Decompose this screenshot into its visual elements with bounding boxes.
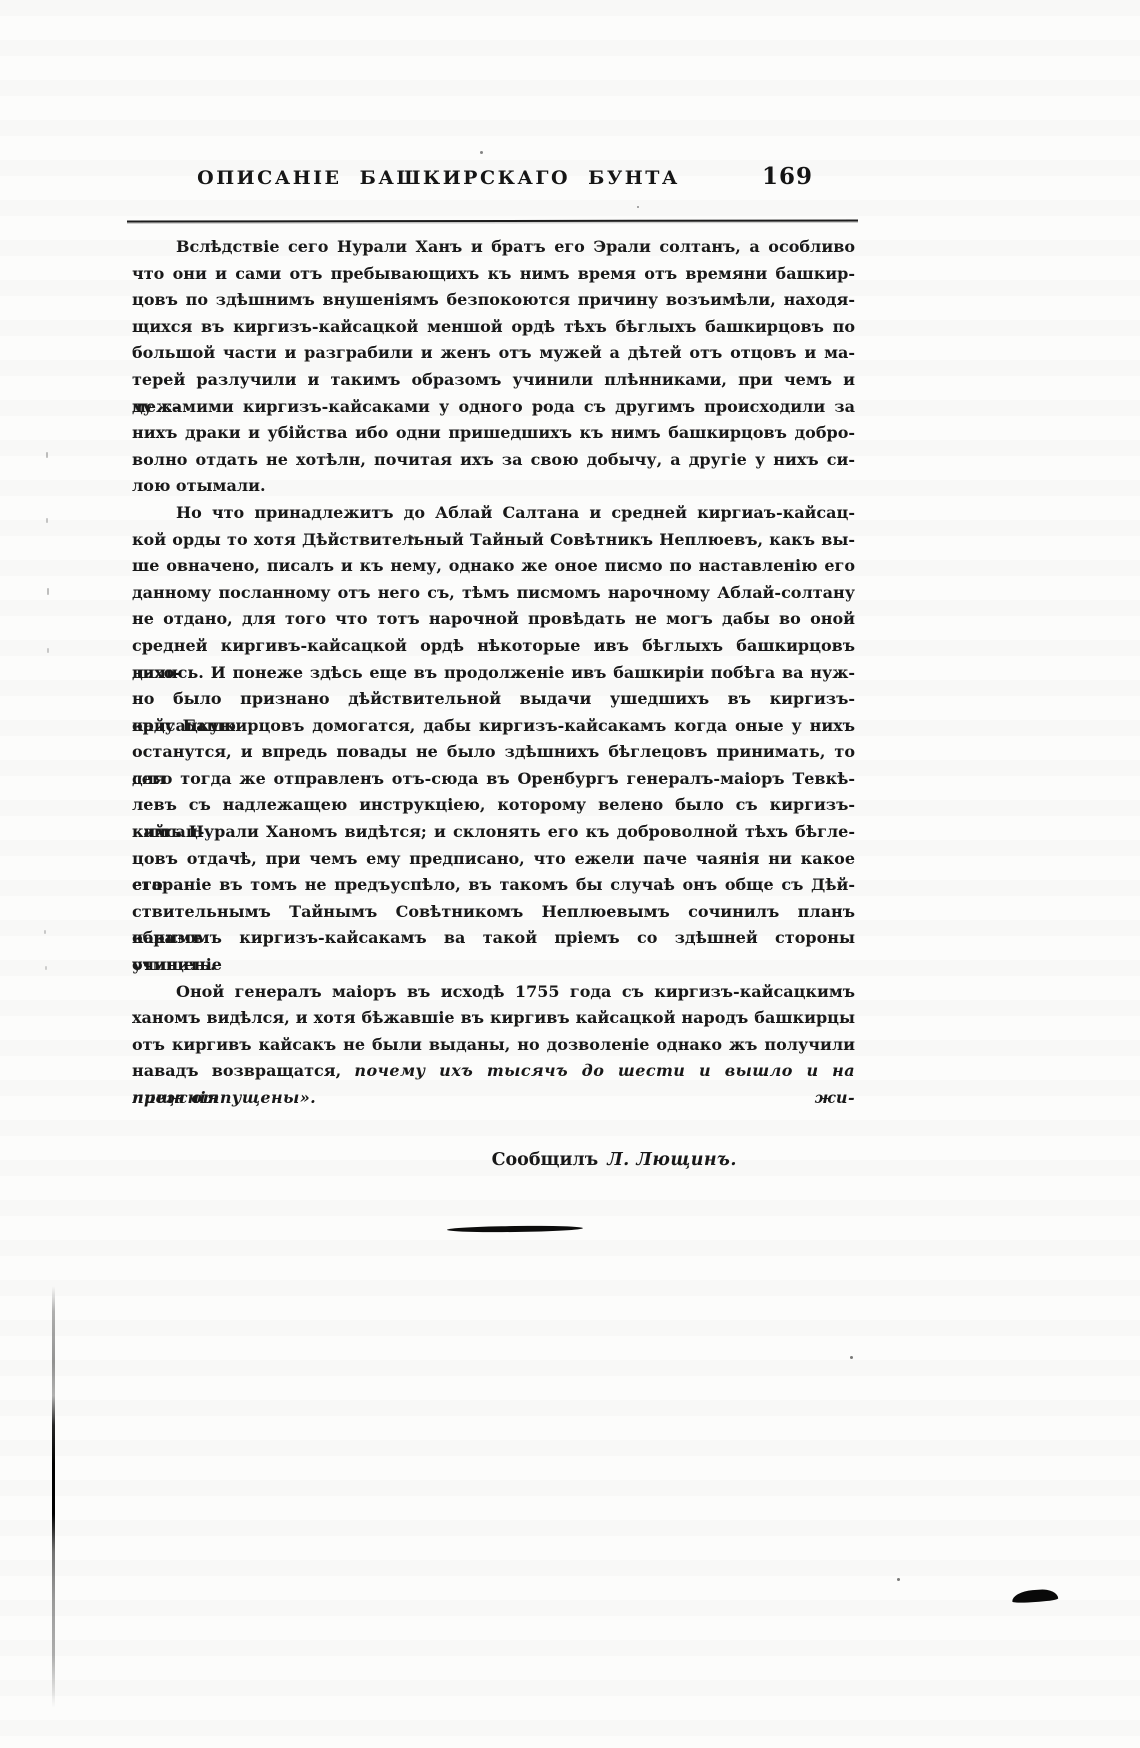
text-line: образомъ киргизъ-кайсакамъ ва такой пріе… — [132, 925, 855, 952]
end-of-article-rule — [447, 1225, 583, 1233]
text-segment: ше овначено, писалъ и къ нему, однако же… — [132, 556, 855, 575]
scan-artifact-margin-mark — [44, 930, 46, 934]
header-rule — [127, 219, 858, 222]
scan-artifact-speck — [897, 1578, 900, 1581]
scan-artifact-ink-blob — [1012, 1588, 1059, 1603]
text-line: Оной генералъ маіоръ въ исходѣ 1755 года… — [132, 979, 855, 1006]
text-segment: ду самими киргизъ-кайсаками у одного род… — [132, 397, 855, 416]
text-line: Вслѣдствіе сего Нурали Ханъ и братъ его … — [132, 234, 855, 261]
text-line: данному посланному отъ него съ, тѣмъ пис… — [132, 580, 855, 607]
text-segment: дились. И понеже здѣсь еще въ продолжені… — [132, 663, 855, 682]
text-segment: большой части и разграбили и женъ отъ му… — [132, 343, 855, 362]
text-line: левъ съ надлежащею инструкціею, которому… — [132, 792, 855, 819]
text-line: орду Башкирцовъ домогатся, дабы киргизъ-… — [132, 713, 855, 740]
text-line: щихся въ киргизъ-кайсацкой меншой ордѣ т… — [132, 314, 855, 341]
text-segment: Но что принадлежитъ до Аблай Салтана и с… — [176, 503, 855, 522]
text-line: не отдано, для того что тотъ нарочной пр… — [132, 606, 855, 633]
body-text: Вслѣдствіе сего Нурали Ханъ и братъ его … — [132, 234, 855, 1112]
text-line: ше овначено, писалъ и къ нему, однако же… — [132, 553, 855, 580]
text-segment: орду Башкирцовъ домогатся, дабы киргизъ-… — [132, 716, 855, 735]
running-title: ОПИСАНІЕ БАШКИРСКАГО БУНТА — [132, 167, 745, 189]
text-line: останутся, и впредь повады не было здѣшн… — [132, 739, 855, 766]
text-line: дились. И понеже здѣсь еще въ продолжені… — [132, 660, 855, 687]
text-line: цовъ по здѣшнимъ внушеніямъ безпокоются … — [132, 287, 855, 314]
text-line: Но что принадлежитъ до Аблай Салтана и с… — [132, 500, 855, 527]
text-segment: что они и сами отъ пребывающихъ къ нимъ … — [132, 264, 855, 283]
text-segment: Оной генералъ маіоръ въ исходѣ 1755 года… — [176, 982, 855, 1001]
text-line: учинить. — [132, 952, 855, 979]
scanned-book-page: ОПИСАНІЕ БАШКИРСКАГО БУНТА 169 Вслѣдстві… — [0, 0, 1140, 1748]
text-segment: лою отымали. — [132, 476, 266, 495]
page-number: 169 — [762, 163, 813, 190]
scan-artifact-margin-mark — [47, 648, 49, 653]
text-line: что они и сами отъ пребывающихъ къ нимъ … — [132, 261, 855, 288]
text-line: сего тогда же отправленъ отъ-сюда въ Оре… — [132, 766, 855, 793]
text-line: ду самими киргизъ-кайсаками у одного род… — [132, 394, 855, 421]
text-segment-italic: лища отпущены». — [132, 1088, 316, 1107]
text-segment: отъ киргивъ кайсакъ не были выданы, но д… — [132, 1035, 855, 1054]
text-segment: сего тогда же отправленъ отъ-сюда въ Оре… — [132, 769, 855, 788]
text-segment: цовъ по здѣшнимъ внушеніямъ безпокоются … — [132, 290, 855, 309]
text-segment: Вслѣдствіе сего Нурали Ханъ и братъ его … — [176, 237, 855, 256]
text-segment: навадъ возвращатся, — [132, 1061, 354, 1080]
text-line: навадъ возвращатся, почему ихъ тысячъ до… — [132, 1058, 855, 1085]
text-line: большой части и разграбили и женъ отъ му… — [132, 340, 855, 367]
text-line: ствительнымъ Тайнымъ Совѣтникомъ Неплюев… — [132, 899, 855, 926]
text-line: но было признано дѣйствительной выдачи у… — [132, 686, 855, 713]
text-line: цовъ отдачѣ, при чемъ ему предписано, чт… — [132, 846, 855, 873]
text-segment: стараніе въ томъ не предъуспѣло, въ тако… — [132, 875, 855, 894]
text-segment: ханомъ видѣлся, и хотя бѣжавшіе въ кирги… — [132, 1008, 855, 1027]
scan-artifact-speck — [480, 151, 483, 154]
text-line: средней киргивъ-кайсацкой ордѣ нѣкоторые… — [132, 633, 855, 660]
text-line: терей разлучили и такимъ образомъ учинил… — [132, 367, 855, 394]
text-segment: данному посланному отъ него съ, тѣмъ пис… — [132, 583, 855, 602]
text-line: кимъ Нурали Ханомъ видѣтся; и склонять е… — [132, 819, 855, 846]
text-segment: волно отдать не хотѣлн, почитая ихъ за с… — [132, 450, 855, 469]
text-line: кой орды то хотя Дѣйствительный Тайный С… — [132, 527, 855, 554]
signature-prefix: Сообщилъ — [492, 1150, 599, 1170]
text-line: волно отдать не хотѣлн, почитая ихъ за с… — [132, 447, 855, 474]
signature-name: Л. Лющинъ. — [607, 1150, 737, 1170]
text-segment: щихся въ киргизъ-кайсацкой меншой ордѣ т… — [132, 317, 855, 336]
scan-artifact-speck — [850, 1356, 853, 1359]
text-line: ханомъ видѣлся, и хотя бѣжавшіе въ кирги… — [132, 1005, 855, 1032]
text-segment: нихъ драки и убійства ибо одни пришедших… — [132, 423, 855, 442]
scan-artifact-margin-mark — [46, 452, 48, 458]
contributor-signature: СообщилъЛ. Лющинъ. — [132, 1150, 855, 1170]
text-line: нихъ драки и убійства ибо одни пришедших… — [132, 420, 855, 447]
scan-artifact-spine-line — [52, 1286, 55, 1708]
scan-artifact-margin-mark — [45, 966, 47, 970]
text-segment: не отдано, для того что тотъ нарочной пр… — [132, 609, 855, 628]
page-header: ОПИСАНІЕ БАШКИРСКАГО БУНТА 169 — [132, 163, 855, 203]
text-line: стараніе въ томъ не предъуспѣло, въ тако… — [132, 872, 855, 899]
text-segment: учинить. — [132, 955, 216, 974]
scan-artifact-margin-mark — [47, 588, 49, 595]
text-line: отъ киргивъ кайсакъ не были выданы, но д… — [132, 1032, 855, 1059]
text-segment: кой орды то хотя Дѣйствительный Тайный С… — [132, 530, 855, 549]
text-line: лою отымали. — [132, 473, 855, 500]
scan-artifact-speck — [637, 206, 639, 208]
text-segment: кимъ Нурали Ханомъ видѣтся; и склонять е… — [132, 822, 855, 841]
scan-artifact-margin-mark — [46, 518, 48, 523]
